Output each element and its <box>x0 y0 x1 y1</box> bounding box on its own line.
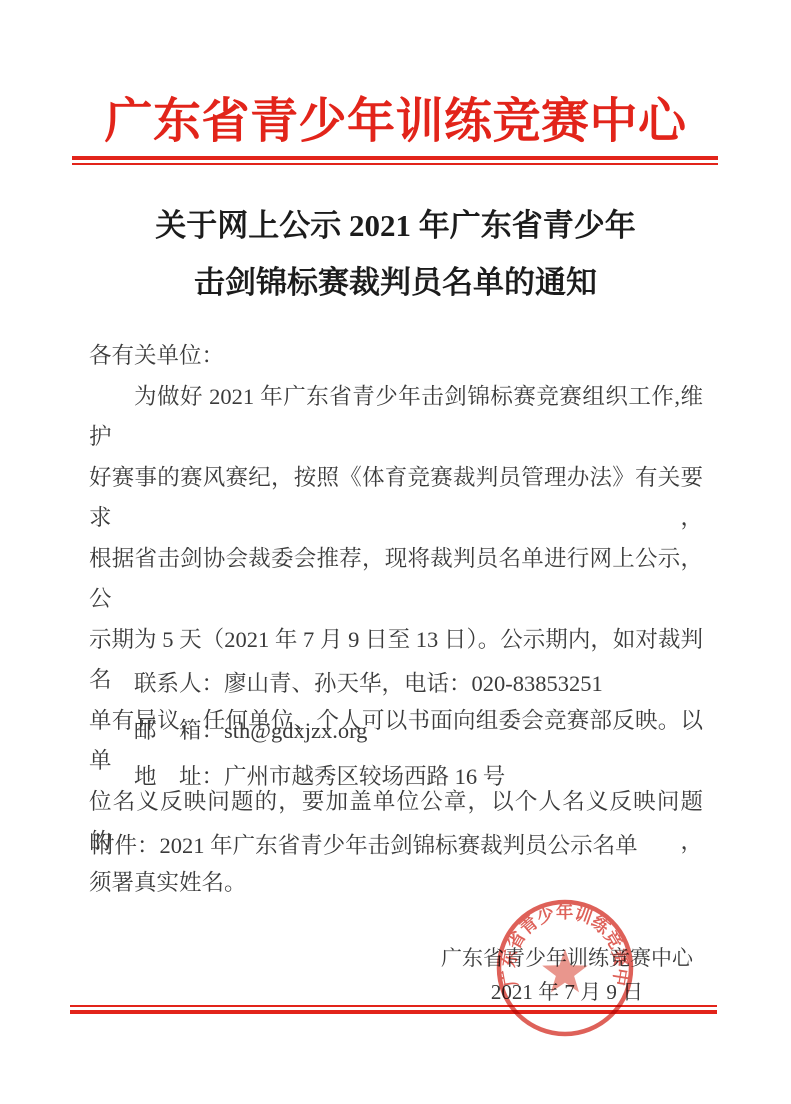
body-line: 根据省击剑协会裁委会推荐，现将裁判员名单进行网上公示，公 <box>89 539 703 620</box>
contact-email-line: 邮 箱：sth@gdxjzx.org <box>89 708 748 755</box>
letterhead-org-name: 广东省青少年训练竞赛中心 <box>0 82 791 151</box>
attachment-note: 附件：2021 年广东省青少年击剑锦标赛裁判员公示名单 <box>92 828 732 860</box>
contact-address-line: 地 址：广州市越秀区较场西路 16 号 <box>89 754 748 801</box>
body-line: 好赛事的赛风赛纪，按照《体育竞赛裁判员管理办法》有关要求， <box>89 458 703 539</box>
contact-info: 联系人：廖山青、孙天华，电话：020-83853251 邮 箱：sth@gdxj… <box>89 661 703 801</box>
salutation: 各有关单位： <box>89 336 703 377</box>
body-text: 各有关单位： 为做好 2021 年广东省青少年击剑锦标赛竞赛组织工作,维护 好赛… <box>89 336 703 903</box>
document-page: 广东省青少年训练竞赛中心 关于网上公示 2021 年广东省青少年 击剑锦标赛裁判… <box>0 0 791 1104</box>
document-title: 关于网上公示 2021 年广东省青少年 击剑锦标赛裁判员名单的通知 <box>0 197 791 311</box>
seal-star-icon <box>542 949 588 992</box>
document-title-line2: 击剑锦标赛裁判员名单的通知 <box>0 254 791 311</box>
letterhead-rule-thick <box>72 156 718 160</box>
contact-person-line: 联系人：廖山青、孙天华，电话：020-83853251 <box>89 661 748 708</box>
letterhead-rule-thin <box>72 163 718 165</box>
official-seal: 广东省青少年训练竞赛中心 <box>492 896 638 1042</box>
body-line: 为做好 2021 年广东省青少年击剑锦标赛竞赛组织工作,维护 <box>89 377 703 458</box>
document-title-line1: 关于网上公示 2021 年广东省青少年 <box>0 197 791 254</box>
